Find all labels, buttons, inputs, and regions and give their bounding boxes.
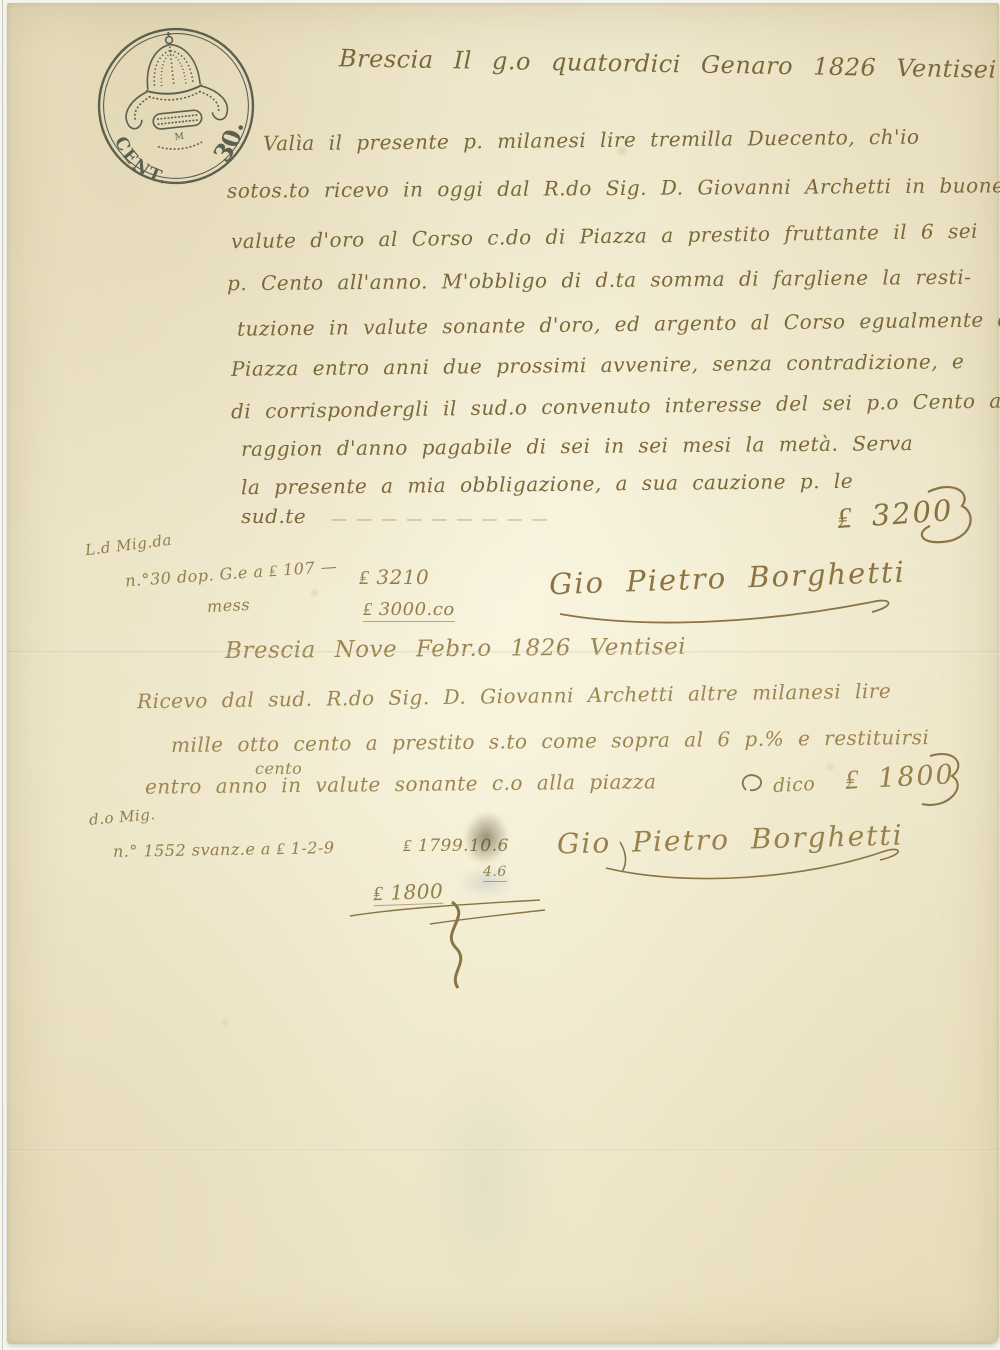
manuscript-line: di corrispondergli il sud.o convenuto in…	[231, 390, 1000, 423]
stamp-outer-ring	[91, 21, 260, 190]
margin-figure: ₤ 1799.10.6	[403, 837, 509, 856]
stamp-denomination-label: CENT.	[109, 130, 172, 195]
stamp-monogram: M	[174, 132, 184, 143]
manuscript-line: sotos.to ricevo in oggi dal R.do Sig. D.…	[227, 174, 1000, 201]
dateline-1: Brescia Il g.o quatordici Genaro 1826 Ve…	[339, 45, 997, 83]
manuscript-line: valute d'oro al Corso c.do di Piazza a p…	[231, 220, 978, 252]
margin-figure: 4.6	[483, 865, 507, 882]
paper-sheet: M CENT. 30. Brescia Il g.o quatordici Ge…	[7, 3, 999, 1344]
manuscript-line: la presente a mia obbligazione, a sua ca…	[241, 470, 853, 498]
margin-figure: ₤ 3210	[359, 566, 429, 588]
manuscript-line: sud.te	[241, 505, 306, 527]
manuscript-line: tuzione in valute sonante d'oro, ed arge…	[237, 308, 1000, 340]
svg-text:CENT.: CENT.	[109, 130, 172, 195]
dateline-2: Brescia Nove Febr.o 1826 Ventisei	[225, 635, 686, 664]
dico-label: dico	[772, 774, 815, 797]
amount-3200: ₤ 3200	[836, 495, 954, 535]
dash-rule: — — — — — — — — —	[331, 509, 550, 528]
banner-cartouche	[152, 110, 204, 152]
margin-note: mess	[207, 596, 251, 616]
manuscript-line: mille otto cento a prestito s.to come so…	[171, 726, 930, 756]
stamp-value-label: 30.	[204, 117, 253, 170]
revenue-stamp: M CENT. 30.	[87, 17, 265, 195]
margin-note: n.°30 dop. G.e a ₤ 107 —	[125, 558, 338, 590]
margin-figure: ₤ 1800	[373, 880, 444, 906]
scan-edge-line	[2, 0, 3, 1350]
signature-1: Gio Pietro Borghetti	[549, 555, 907, 601]
manuscript-line: Valìa il presente p. milanesi lire tremi…	[263, 126, 920, 155]
manuscript-line: raggion d'anno pagabile di sei in sei me…	[241, 432, 913, 460]
watermark-band	[415, 1053, 555, 1303]
crown-icon	[141, 42, 203, 103]
amount-1800: ₤ 1800	[844, 760, 955, 795]
svg-text:30.: 30.	[204, 117, 253, 170]
margin-note: L.d Mig.da	[84, 532, 173, 559]
manuscript-line: entro anno in valute sonante c.o alla pi…	[145, 770, 657, 797]
manuscript-line: p. Cento all'anno. M'obbligo di d.ta som…	[227, 266, 972, 294]
fold-crease	[7, 1149, 999, 1152]
manuscript-line: Piazza entro anni due prossimi avvenire,…	[231, 350, 965, 380]
manuscript-line: Ricevo dal sud. R.do Sig. D. Giovanni Ar…	[137, 680, 891, 713]
scanned-document: { "document": { "stamp": { "denomination…	[0, 0, 1000, 1350]
margin-figure: ₤ 3000.co	[363, 600, 455, 622]
margin-note: n.° 1552 svanz.e a ₤ 1-2-9	[113, 839, 335, 860]
margin-note: d.o Mig.	[88, 806, 156, 828]
signature-2: Gio Pietro Borghetti	[557, 818, 904, 860]
